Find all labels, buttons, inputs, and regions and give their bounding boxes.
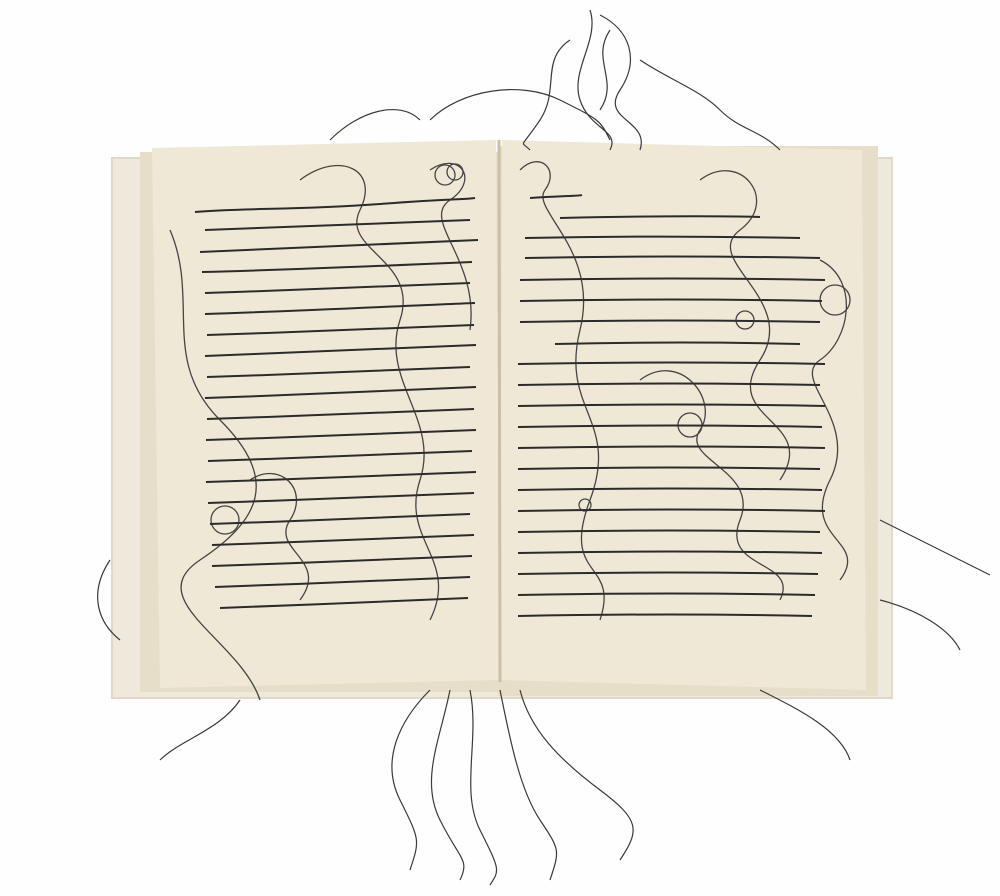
threads-top	[330, 10, 780, 150]
photo-scene	[0, 0, 1000, 896]
stitched-book-artwork	[0, 0, 1000, 896]
book-spine	[499, 140, 500, 682]
